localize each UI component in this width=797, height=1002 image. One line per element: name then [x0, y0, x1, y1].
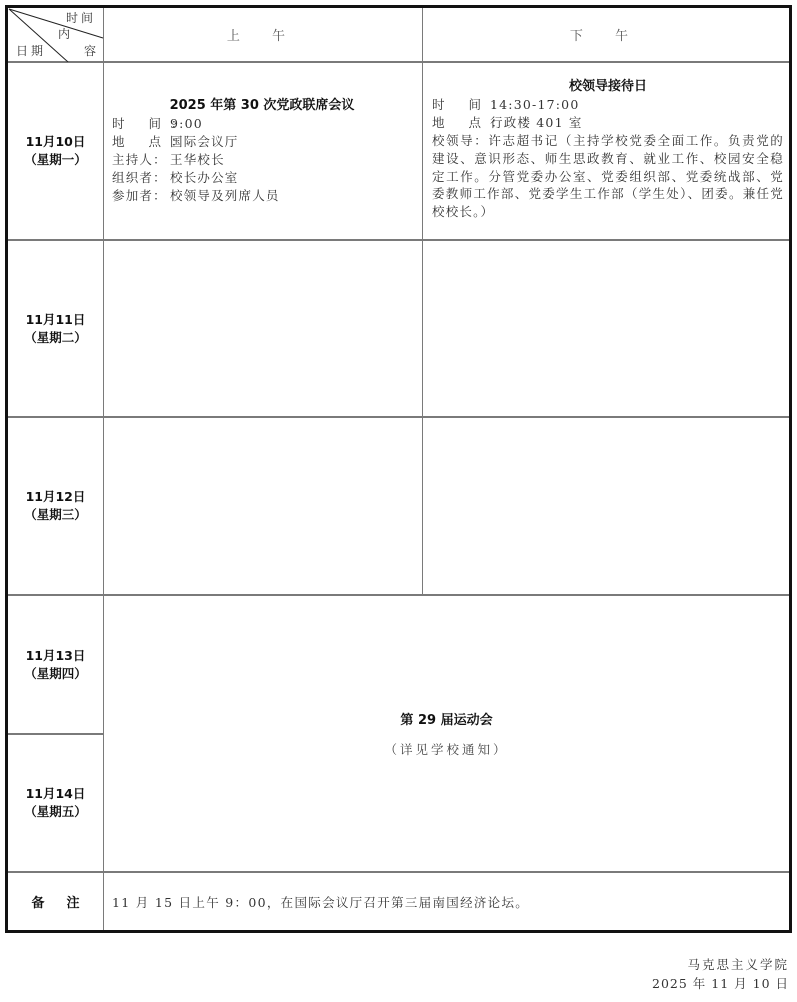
mon-afternoon-cell: 校领导接待日 时 间：14:30-17:00 地 点：行政楼 401 室 校领导…: [432, 78, 784, 221]
date-label: 11月13日: [26, 647, 86, 665]
field-leader: 校领导：许志超书记（主持学校党委全面工作。负责党的建设、意识形态、师生思政教育、…: [432, 132, 784, 222]
header-morning-label: 上 午: [227, 25, 299, 44]
field-time: 时 间：9:00: [112, 115, 412, 133]
tue-morning-cell: [104, 241, 422, 416]
event-title: 第 29 届运动会: [400, 709, 492, 728]
footer-date: 2025 年 11 月 10 日: [652, 974, 789, 993]
wed-morning-cell: [104, 418, 422, 594]
date-label: 11月14日: [26, 785, 86, 803]
row-divider-header: [8, 61, 789, 63]
weekly-schedule-table: 时间 内 容 日期 上 午 下 午 11月10日 （星期一） 11月11日 （星…: [5, 5, 792, 933]
reception-title: 校领导接待日: [432, 78, 784, 96]
mon-morning-cell: 2025 年第 30 次党政联席会议 时 间：9:00 地 点：国际会议厅 主持…: [112, 97, 412, 204]
field-location: 地 点：行政楼 401 室: [432, 114, 784, 132]
date-cell-fri: 11月14日 （星期五）: [8, 735, 103, 871]
date-cell-thu: 11月13日 （星期四）: [8, 596, 103, 733]
corner-label-date: 日期: [16, 42, 46, 59]
date-cell-mon: 11月10日 （星期一）: [8, 63, 103, 239]
weekday-label: （星期三）: [24, 506, 87, 524]
event-subtitle: （详见学校通知）: [384, 740, 508, 758]
field-attendees: 参加者：校领导及列席人员: [112, 187, 412, 205]
header-corner-cell: 时间 内 容 日期: [8, 8, 106, 64]
footer-signature: 马克思主义学院 2025 年 11 月 10 日: [652, 955, 789, 993]
meeting-title: 2025 年第 30 次党政联席会议: [112, 97, 412, 115]
date-label: 11月10日: [26, 133, 86, 151]
header-morning: 上 午: [104, 8, 422, 61]
weekday-label: （星期二）: [24, 329, 87, 347]
header-afternoon: 下 午: [423, 8, 789, 61]
footer-org: 马克思主义学院: [652, 955, 789, 974]
tue-afternoon-cell: [423, 241, 789, 416]
weekday-label: （星期一）: [24, 151, 87, 169]
date-label: 11月11日: [26, 311, 86, 329]
field-time: 时 间：14:30-17:00: [432, 96, 784, 114]
field-host: 主持人：王华校长: [112, 151, 412, 169]
weekday-label: （星期四）: [24, 665, 87, 683]
field-organizer: 组织者：校长办公室: [112, 169, 412, 187]
corner-label-content-2: 容: [84, 42, 99, 59]
remarks-label: 备注: [31, 892, 101, 911]
corner-label-content-1: 内: [58, 25, 73, 42]
weekday-label: （星期五）: [24, 803, 87, 821]
date-cell-wed: 11月12日 （星期三）: [8, 418, 103, 594]
field-location: 地 点：国际会议厅: [112, 133, 412, 151]
wed-afternoon-cell: [423, 418, 789, 594]
remarks-text-cell: 11 月 15 日上午 9：00，在国际会议厅召开第三届南国经济论坛。: [104, 873, 789, 930]
corner-label-time: 时间: [66, 9, 96, 26]
date-label: 11月12日: [26, 488, 86, 506]
remarks-label-cell: 备注: [8, 873, 103, 930]
sports-meet-cell: 第 29 届运动会 （详见学校通知）: [104, 596, 789, 871]
remarks-text: 11 月 15 日上午 9：00，在国际会议厅召开第三届南国经济论坛。: [112, 893, 529, 911]
header-afternoon-label: 下 午: [570, 25, 642, 44]
date-cell-tue: 11月11日 （星期二）: [8, 241, 103, 416]
